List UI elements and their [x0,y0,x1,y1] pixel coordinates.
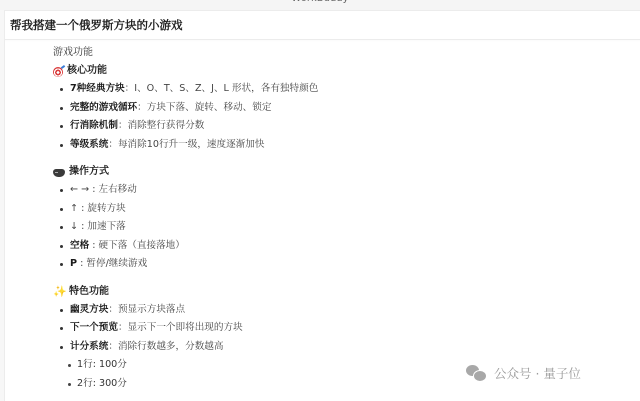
watermark-text: 公众号 · 量子位 [494,364,581,382]
item-sep: ： [108,304,118,315]
item-text: 左右移动 [98,184,136,195]
list-item: 等级系统：每消除10行升一级，速度逐渐加快 [59,136,640,155]
sparkles-icon: ✨ [53,286,65,298]
item-sep: : [89,240,98,251]
item-sep: : [78,203,87,214]
list-item: 计分系统：消除行数越多，分数越高 [59,338,640,357]
section-title-text: 核心功能 [67,62,107,80]
item-label: 7种经典方块 [70,83,125,94]
chat-window: 帮我搭建一个俄罗斯方块的小游戏 游戏功能 核心功能 7种经典方块：I、O、T、S… [4,10,640,398]
app-title: WorkBuddy [0,0,640,5]
item-label: 等级系统 [70,139,108,150]
item-label: ↓ [70,221,78,232]
item-sep: ： [118,322,128,333]
item-label: ↑ [70,203,78,214]
dart-icon [53,67,63,77]
item-text: 加速下落 [87,221,125,232]
item-label: ← → [70,184,89,195]
section-title-special-features: ✨ 特色功能 [53,283,640,301]
item-sep: ： [125,83,135,94]
item-text: 预显示方块落点 [118,304,185,315]
item-sep: ： [108,139,118,150]
item-text: 暂停/继续游戏 [86,258,147,269]
list-item: 7种经典方块：I、O、T、S、Z、J、L 形状，各有独特颜色 [59,80,640,99]
item-text: 方块下落、旋转、移动、锁定 [147,102,272,113]
window-titlebar: WorkBuddy [0,0,640,10]
list-item: P : 暂停/继续游戏 [59,255,640,274]
core-features-list: 7种经典方块：I、O、T、S、Z、J、L 形状，各有独特颜色 完整的游戏循环：方… [53,80,640,154]
controls-list: ← → : 左右移动 ↑ : 旋转方块 ↓ : 加速下落 空格 : 硬下落（直接… [53,181,640,274]
item-label: 行消除机制 [70,120,118,131]
response-heading: 游戏功能 [53,44,640,62]
item-text: 消除行数越多，分数越高 [118,341,224,352]
assistant-response: 游戏功能 核心功能 7种经典方块：I、O、T、S、Z、J、L 形状，各有独特颜色… [53,44,640,393]
item-text: I、O、T、S、Z、J、L 形状，各有独特颜色 [134,83,318,94]
item-sep: ： [108,341,118,352]
section-title-text: 操作方式 [69,163,109,181]
list-item: 下一个预览：显示下一个即将出现的方块 [59,319,640,338]
item-text: 每消除10行升一级，速度逐渐加快 [118,139,265,150]
list-item: ↓ : 加速下落 [59,218,640,237]
item-text: 硬下落（直接落地） [99,240,185,251]
list-item: ↑ : 旋转方块 [59,200,640,219]
item-text: 显示下一个即将出现的方块 [128,322,243,333]
wechat-icon [466,365,488,381]
item-label: 完整的游戏循环 [70,102,137,113]
watermark: 公众号 · 量子位 [466,364,581,382]
list-item: ← → : 左右移动 [59,181,640,200]
list-item: 完整的游戏循环：方块下落、旋转、移动、锁定 [59,99,640,118]
item-sep: ： [137,102,147,113]
gamepad-icon [53,169,65,177]
item-sep: : [77,258,86,269]
item-label: 下一个预览 [70,322,118,333]
item-label: 空格 [70,240,89,251]
section-title-core-features: 核心功能 [53,62,640,80]
section-title-controls: 操作方式 [53,163,640,181]
item-label: P [70,258,77,269]
item-label: 幽灵方块 [70,304,108,315]
user-message: 帮我搭建一个俄罗斯方块的小游戏 [5,11,640,40]
item-sep: : [78,221,87,232]
list-item: 行消除机制：消除整行获得分数 [59,117,640,136]
list-item: 空格 : 硬下落（直接落地） [59,237,640,256]
item-text: 消除整行获得分数 [128,120,205,131]
section-title-text: 特色功能 [69,283,109,301]
special-features-list: 幽灵方块：预显示方块落点 下一个预览：显示下一个即将出现的方块 计分系统：消除行… [53,301,640,357]
item-label: 计分系统 [70,341,108,352]
item-sep: ： [118,120,128,131]
list-item: 幽灵方块：预显示方块落点 [59,301,640,320]
item-text: 旋转方块 [87,203,125,214]
